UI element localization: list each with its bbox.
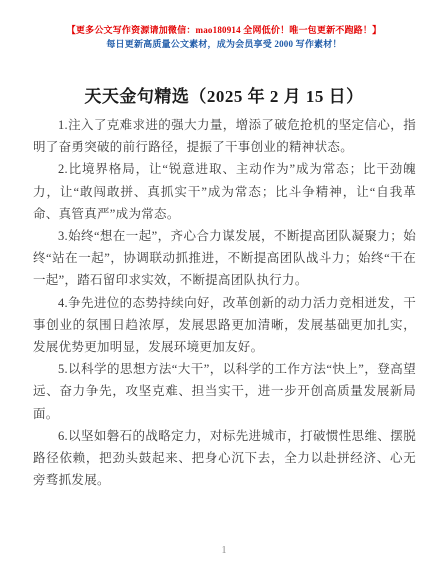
paragraph-2: 2.比境界格局，让“锐意进取、主动作为”成为常态；比干劲魄力，让“敢闯敢拼、真抓… xyxy=(33,158,416,225)
header-ad: 【更多公文写作资源请加微信：mao180914 全网低价！唯一包更新不跑路！】 … xyxy=(0,23,448,51)
header-ad-line-2: 每日更新高质量公文素材，成为会员享受 2000 写作素材！ xyxy=(0,37,448,51)
page-number: 1 xyxy=(0,545,448,556)
document-body: 1.注入了克难求进的强大力量，增添了破危抢机的坚定信心，指明了奋勇突破的前行路径… xyxy=(33,114,416,491)
paragraph-1: 1.注入了克难求进的强大力量，增添了破危抢机的坚定信心，指明了奋勇突破的前行路径… xyxy=(33,114,416,158)
paragraph-6: 6.以坚如磐石的战略定力，对标先进城市，打破惯性思维、摆脱路径依赖，把劲头鼓起来… xyxy=(33,425,416,492)
page-title: 天天金句精选（2025 年 2 月 15 日） xyxy=(0,82,448,107)
paragraph-5: 5.以科学的思想方法“大干”，以科学的工作方法“快上”，登高望远、奋力争先，攻坚… xyxy=(33,358,416,425)
header-ad-line-1: 【更多公文写作资源请加微信：mao180914 全网低价！唯一包更新不跑路！】 xyxy=(0,23,448,37)
document-page: 【更多公文写作资源请加微信：mao180914 全网低价！唯一包更新不跑路！】 … xyxy=(0,0,448,580)
paragraph-4: 4.争先进位的态势持续向好，改革创新的动力活力竞相迸发，干事创业的氛围日趋浓厚，… xyxy=(33,292,416,359)
paragraph-3: 3.始终“想在一起”，齐心合力谋发展，不断提高团队凝聚力；始终“站在一起”，协调… xyxy=(33,225,416,292)
